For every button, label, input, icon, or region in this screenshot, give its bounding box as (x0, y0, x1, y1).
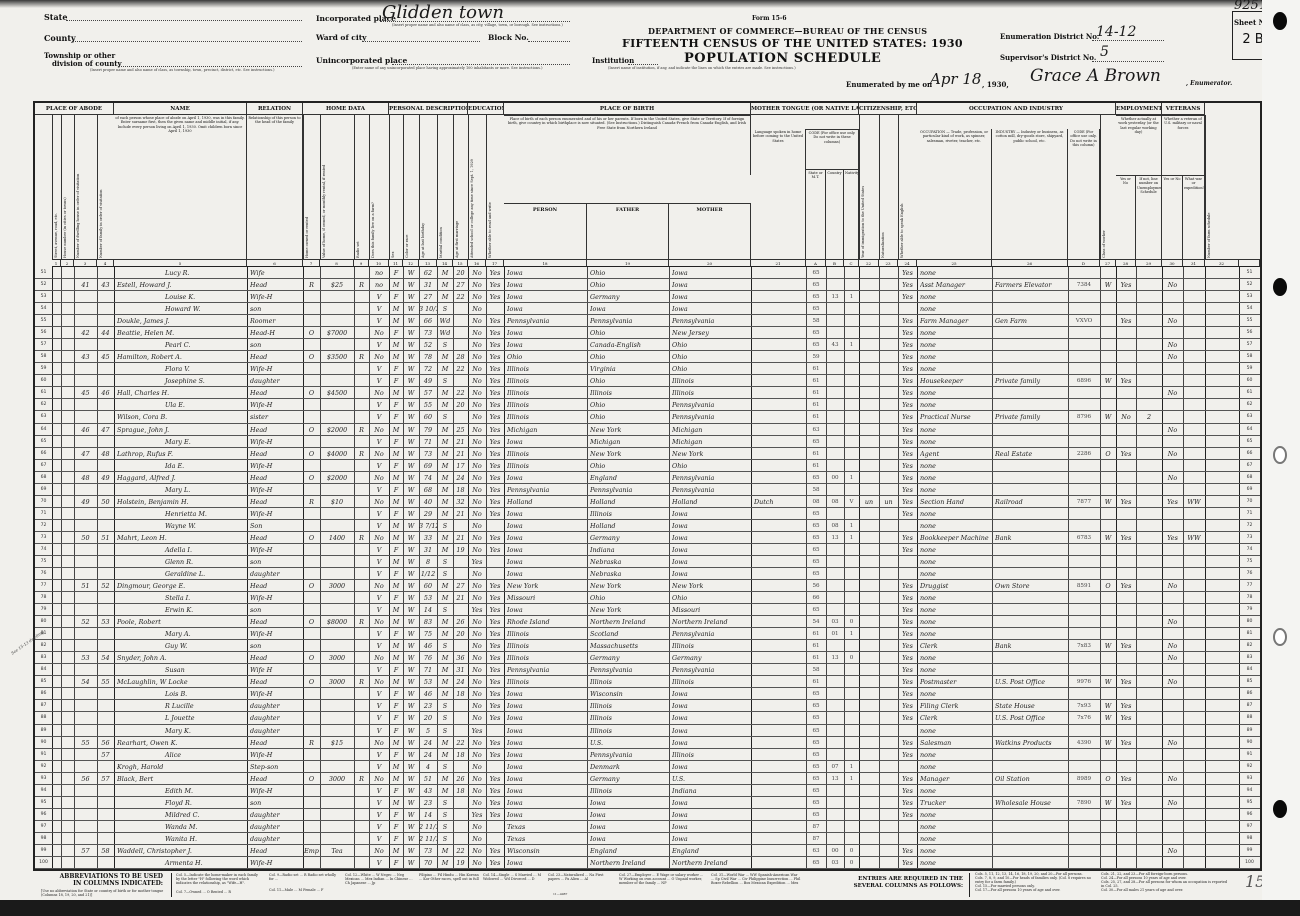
cell-school: No (468, 676, 486, 688)
cell-family (97, 303, 114, 315)
cell-codeD: 7877 (1068, 496, 1100, 508)
cell-language (754, 351, 806, 363)
cell-codeA: 65 (806, 303, 826, 315)
cell-veteran (1162, 508, 1183, 520)
cell-race: W (403, 773, 419, 785)
cell-farm: V (369, 857, 389, 869)
column-header-c18: PERSON (504, 203, 587, 259)
cell-value (320, 460, 354, 472)
cell-birth: Illinois (507, 387, 587, 399)
cell-father: Pennsylvania (590, 749, 669, 761)
cell-name: Holstein, Benjamin H. (117, 496, 247, 508)
column-header-english: Whether able to speak English (898, 115, 917, 259)
column-header-age: Age at last birthday (419, 115, 437, 259)
cell-race: W (403, 448, 419, 460)
cell-farm: No (369, 773, 389, 785)
cell-unemp (1136, 712, 1162, 724)
table-row: 82Guy W.sonVMW46SNoYesIllinoisMassachuse… (35, 640, 1260, 652)
cell-marital: M (437, 291, 453, 303)
cell-dwelling (74, 725, 97, 737)
cell-unemp (1136, 604, 1162, 616)
cell-veteran (1162, 664, 1183, 676)
table-row: 9157AliceWife-HVFW24M18NoYesIowaPennsylv… (35, 749, 1260, 761)
cell-radio (354, 472, 369, 484)
cell-radio (354, 700, 369, 712)
cell-language (754, 725, 806, 737)
cell-industry (995, 749, 1068, 761)
cell-birth: Holland (507, 496, 587, 508)
cell-tenure (303, 568, 320, 580)
group-header-relation: RELATION (247, 103, 303, 115)
cell-unemp (1136, 375, 1162, 387)
cell-war (1183, 387, 1205, 399)
cell-school: No (468, 399, 486, 411)
cell-sex: M (389, 616, 403, 628)
cell-age-marr: 18 (453, 749, 468, 761)
abbreviations-title-line-2: IN COLUMNS INDICATED: (43, 880, 163, 887)
cell-relation: Wife-H (250, 291, 303, 303)
cell-natur (879, 484, 898, 496)
cell-codeA: 65 (806, 604, 826, 616)
supervisor-district-field (1092, 61, 1164, 62)
cell-read: Yes (486, 532, 504, 544)
cell-dwelling (74, 785, 97, 797)
cell-immig (859, 303, 879, 315)
cell-name: Adella I. (117, 544, 247, 556)
table-row: 97Wanda M.daughterVFW2 11/12SNoTexasIowa… (35, 821, 1260, 833)
cell-marital: M (437, 773, 453, 785)
column-header-occupation: OCCUPATION — Trade, profession, or parti… (917, 129, 992, 259)
cell-codeC (844, 363, 859, 375)
cell-family: 56 (97, 737, 114, 749)
cell-codeD (1068, 508, 1100, 520)
cell-marital: M (437, 628, 453, 640)
cell-occupation: Clerk (920, 640, 992, 652)
cell-age: 74 (419, 472, 437, 484)
cell-war (1183, 700, 1205, 712)
cell-language (754, 387, 806, 399)
cell-radio (354, 712, 369, 724)
cell-codeC (844, 688, 859, 700)
cell-birth: Iowa (507, 688, 587, 700)
cell-mother: Illinois (672, 749, 751, 761)
cell-dwelling: 43 (74, 351, 97, 363)
table-row: 704950Holstein, Benjamin H.HeadR$10NoMW4… (35, 496, 1260, 508)
cell-read (486, 725, 504, 737)
cell-age: 14 (419, 809, 437, 821)
cell-read: Yes (486, 436, 504, 448)
cell-codeC (844, 749, 859, 761)
cell-industry: Private family (995, 411, 1068, 423)
cell-occupation: Agent (920, 448, 992, 460)
cell-codeB (826, 833, 844, 845)
cell-veteran: No (1162, 424, 1183, 436)
cell-age: 40 (419, 496, 437, 508)
cell-line: 76 (1239, 568, 1260, 580)
cell-race: W (403, 267, 419, 279)
cell-age-marr (453, 700, 468, 712)
cell-unemp (1136, 351, 1162, 363)
column-number: 17 (486, 259, 504, 267)
cell-name: Susan (117, 664, 247, 676)
cell-industry: Private family (995, 375, 1068, 387)
cell-occupation: none (920, 652, 992, 664)
cell-value: $2000 (320, 472, 354, 484)
cell-english: Yes (898, 749, 917, 761)
column-number: 21 (751, 259, 806, 267)
cell-industry (995, 387, 1068, 399)
cell-farm: V (369, 640, 389, 652)
cell-age-marr: 36 (453, 652, 468, 664)
cell-line: 71 (35, 508, 52, 520)
cell-war (1183, 472, 1205, 484)
cell-mother: Northern Ireland (672, 857, 751, 869)
cell-farm: no (369, 279, 389, 291)
cell-age: 62 (419, 267, 437, 279)
cell-family (97, 857, 114, 869)
cell-dwelling (74, 797, 97, 809)
cell-war (1183, 315, 1205, 327)
cell-marital: M (437, 351, 453, 363)
census-sheet: State County Township or other division … (0, 0, 1290, 900)
cell-natur (879, 363, 898, 375)
cell-codeD (1068, 484, 1100, 496)
column-header-cB: Country (826, 169, 844, 259)
cell-race: W (403, 688, 419, 700)
cell-dwelling (74, 821, 97, 833)
cell-english: Yes (898, 375, 917, 387)
cell-name: Waddell, Christopher J. (117, 845, 247, 857)
cell-line: 69 (35, 484, 52, 496)
entries-notes-right: Cols. 21, 22, and 23—For all foreign-bor… (1101, 872, 1231, 892)
cell-line: 63 (1239, 411, 1260, 423)
column-number: 7 (303, 259, 320, 267)
cell-unemp (1136, 664, 1162, 676)
column-header-c20: MOTHER (669, 203, 751, 259)
table-row: 75Glenn R.sonVMW8SYesIowaNebraskaIowa65n… (35, 556, 1260, 568)
cell-dwelling (74, 460, 97, 472)
cell-relation: daughter (250, 725, 303, 737)
cell-worker (1100, 436, 1116, 448)
cell-occupation: none (920, 761, 992, 773)
cell-birth: Iowa (507, 303, 587, 315)
cell-farm: V (369, 508, 389, 520)
cell-race: W (403, 833, 419, 845)
cell-birth: Iowa (507, 279, 587, 291)
cell-line: 57 (35, 339, 52, 351)
cell-immig (859, 604, 879, 616)
cell-immig (859, 761, 879, 773)
cell-read: Yes (486, 676, 504, 688)
cell-age-marr (453, 375, 468, 387)
cell-value: 3000 (320, 580, 354, 592)
cell-family (97, 809, 114, 821)
cell-codeC (844, 484, 859, 496)
cell-mother: Ohio (672, 351, 751, 363)
cell-family: 57 (97, 749, 114, 761)
cell-occupation: none (920, 821, 992, 833)
cell-immig (859, 821, 879, 833)
cell-mother: Iowa (672, 508, 751, 520)
cell-name: Geraldine L. (117, 568, 247, 580)
cell-codeB (826, 375, 844, 387)
cell-immig (859, 267, 879, 279)
cell-at-work (1116, 399, 1136, 411)
cell-father: New York (590, 604, 669, 616)
cell-birth: Iowa (507, 556, 587, 568)
table-row: 71Henrietta M.Wife-HVFW29M21NoYesIowaIll… (35, 508, 1260, 520)
cell-school: No (468, 628, 486, 640)
cell-line: 86 (35, 688, 52, 700)
cell-natur (879, 797, 898, 809)
cell-tenure (303, 484, 320, 496)
cell-codeA: 65 (806, 725, 826, 737)
cell-unemp (1136, 291, 1162, 303)
cell-codeA: 65 (806, 520, 826, 532)
abbreviations-title-line-1: ABBREVIATIONS TO BE USED (43, 873, 163, 880)
cell-radio (354, 857, 369, 869)
cell-language (754, 508, 806, 520)
cell-war (1183, 749, 1205, 761)
cell-race: W (403, 664, 419, 676)
cell-dwelling: 45 (74, 387, 97, 399)
cell-read: Yes (486, 845, 504, 857)
cell-tenure (303, 520, 320, 532)
column-number: 15 (453, 259, 468, 267)
cell-veteran (1162, 688, 1183, 700)
cell-father: Illinois (590, 725, 669, 737)
cell-birth: Illinois (507, 676, 587, 688)
cell-age: 31 (419, 279, 437, 291)
cell-mother: Iowa (672, 761, 751, 773)
cell-radio (354, 761, 369, 773)
cell-tenure (303, 821, 320, 833)
cell-language (754, 315, 806, 327)
cell-immig (859, 700, 879, 712)
cell-language (754, 857, 806, 869)
cell-value (320, 833, 354, 845)
cell-age: 78 (419, 351, 437, 363)
cell-radio (354, 327, 369, 339)
cell-mother: New Jersey (672, 327, 751, 339)
cell-radio (354, 267, 369, 279)
cell-war (1183, 616, 1205, 628)
cell-age-marr (453, 520, 468, 532)
cell-value (320, 592, 354, 604)
column-header-house: House number (in cities or towns) (61, 115, 74, 259)
cell-codeA: 65 (806, 436, 826, 448)
cell-english: Yes (898, 411, 917, 423)
cell-codeD (1068, 761, 1100, 773)
cell-codeB (826, 749, 844, 761)
cell-codeC (844, 640, 859, 652)
cell-mother: Iowa (672, 303, 751, 315)
cell-school: No (468, 351, 486, 363)
cell-unemp (1136, 857, 1162, 869)
cell-father: New York (590, 448, 669, 460)
cell-school: No (468, 857, 486, 869)
cell-sex: F (389, 327, 403, 339)
entries-note-7: Cols. 25, 27, and 28—For all persons for… (1101, 880, 1231, 888)
cell-industry: Oil Station (995, 773, 1068, 785)
cell-at-work (1116, 303, 1136, 315)
cell-relation: daughter (250, 700, 303, 712)
cell-race: W (403, 472, 419, 484)
cell-language (754, 712, 806, 724)
column-header-radio: Radio set (354, 115, 369, 259)
cell-line: 100 (35, 857, 52, 869)
cell-english: Yes (898, 472, 917, 484)
cell-dwelling (74, 508, 97, 520)
cell-sex: M (389, 315, 403, 327)
cell-industry (995, 725, 1068, 737)
column-number: 6 (247, 259, 303, 267)
group-header-home: HOME DATA (303, 103, 389, 115)
cell-read: Yes (486, 291, 504, 303)
cell-natur (879, 628, 898, 640)
cell-family (97, 508, 114, 520)
cell-age-marr: 21 (453, 508, 468, 520)
cell-worker (1100, 688, 1116, 700)
cell-family (97, 267, 114, 279)
cell-occupation: none (920, 568, 992, 580)
cell-codeB (826, 664, 844, 676)
cell-veteran (1162, 749, 1183, 761)
cell-codeC (844, 592, 859, 604)
table-row: 81Mary A.Wife-HVFW75M20NoYesIllinoisScot… (35, 628, 1260, 640)
cell-family: 55 (97, 676, 114, 688)
cell-natur (879, 544, 898, 556)
cell-relation: Wife (250, 267, 303, 279)
cell-immig (859, 725, 879, 737)
cell-race: W (403, 424, 419, 436)
cell-birth: Illinois (507, 460, 587, 472)
cell-race: W (403, 544, 419, 556)
cell-age-marr (453, 327, 468, 339)
cell-radio (354, 544, 369, 556)
cell-unemp (1136, 652, 1162, 664)
cell-marital: M (437, 688, 453, 700)
cell-radio: R (354, 279, 369, 291)
cell-occupation: none (920, 508, 992, 520)
cell-race: W (403, 785, 419, 797)
cell-occupation: none (920, 436, 992, 448)
cell-sex: M (389, 604, 403, 616)
cell-mother: Illinois (672, 375, 751, 387)
cell-relation: Head (250, 845, 303, 857)
cell-english: Yes (898, 712, 917, 724)
cell-codeA: 65 (806, 737, 826, 749)
cell-school: No (468, 833, 486, 845)
cell-codeC: 1 (844, 532, 859, 544)
cell-occupation: none (920, 387, 992, 399)
cell-name: Lucy R. (117, 267, 247, 279)
column-header-dwelling: Number of dwelling house in order of vis… (74, 115, 97, 259)
cell-race: W (403, 375, 419, 387)
cell-worker (1100, 664, 1116, 676)
cell-radio (354, 460, 369, 472)
cell-birth: Iowa (507, 604, 587, 616)
cell-natur (879, 700, 898, 712)
cell-at-work (1116, 809, 1136, 821)
cell-english (898, 520, 917, 532)
cell-marital: M (437, 484, 453, 496)
cell-tenure (303, 797, 320, 809)
cell-sex: M (389, 279, 403, 291)
cell-relation: Head (250, 616, 303, 628)
cell-line: 59 (1239, 363, 1260, 375)
cell-relation: Head (250, 424, 303, 436)
cell-name: Black, Bert (117, 773, 247, 785)
cell-sex: M (389, 737, 403, 749)
cell-father: U.S. (590, 737, 669, 749)
table-row: 59Flora V.Wife-HVFW72M22NoYesIllinoisVir… (35, 363, 1260, 375)
cell-farm: No (369, 737, 389, 749)
cell-language (754, 303, 806, 315)
township-label-2: division of county (52, 59, 122, 68)
cell-industry (995, 303, 1068, 315)
state-field (66, 20, 302, 21)
cell-race: W (403, 652, 419, 664)
cell-farm: V (369, 399, 389, 411)
cell-radio (354, 580, 369, 592)
col14-note: Col. 14—Single ... S Married ... M Widow… (483, 873, 543, 881)
cell-farm: V (369, 315, 389, 327)
cell-codeC: 1 (844, 628, 859, 640)
cell-read: Yes (486, 544, 504, 556)
cell-unemp (1136, 761, 1162, 773)
unincorporated-field (392, 64, 570, 65)
cell-natur (879, 652, 898, 664)
cell-name: Armenta H. (117, 857, 247, 869)
cell-codeA: 65 (806, 809, 826, 821)
cell-tenure (303, 761, 320, 773)
cell-english: Yes (898, 448, 917, 460)
cell-farm: V (369, 809, 389, 821)
cell-radio (354, 436, 369, 448)
cell-age-marr (453, 568, 468, 580)
cell-read: Yes (486, 351, 504, 363)
cell-codeB (826, 279, 844, 291)
cell-age: 73 (419, 327, 437, 339)
cell-value (320, 749, 354, 761)
cell-codeC: 1 (844, 761, 859, 773)
cell-worker (1100, 592, 1116, 604)
cell-veteran (1162, 267, 1183, 279)
cell-mother: Ohio (672, 363, 751, 375)
cell-marital: M (437, 785, 453, 797)
cell-value (320, 857, 354, 869)
cell-name: McLaughlin, W Locke (117, 676, 247, 688)
cell-sex: F (389, 484, 403, 496)
table-row: 735051Mahrt, Leon H.HeadO1400RNoMW33M21N… (35, 532, 1260, 544)
cell-codeA: 87 (806, 821, 826, 833)
cell-birth: Iowa (507, 267, 587, 279)
cell-immig (859, 291, 879, 303)
cell-war (1183, 809, 1205, 821)
cell-tenure: O (303, 616, 320, 628)
cell-tenure: O (303, 327, 320, 339)
cell-veteran: No (1162, 387, 1183, 399)
col23-note: Col. 23—Naturalized ... Na First papers … (548, 873, 613, 881)
cell-occupation: none (920, 520, 992, 532)
cell-line: 79 (35, 604, 52, 616)
cell-at-work: Yes (1116, 797, 1136, 809)
table-row: 855455McLaughlin, W LockeHeadO3000RNoMW5… (35, 676, 1260, 688)
cell-family: 57 (97, 773, 114, 785)
cell-immig (859, 375, 879, 387)
cell-marital: M (437, 580, 453, 592)
